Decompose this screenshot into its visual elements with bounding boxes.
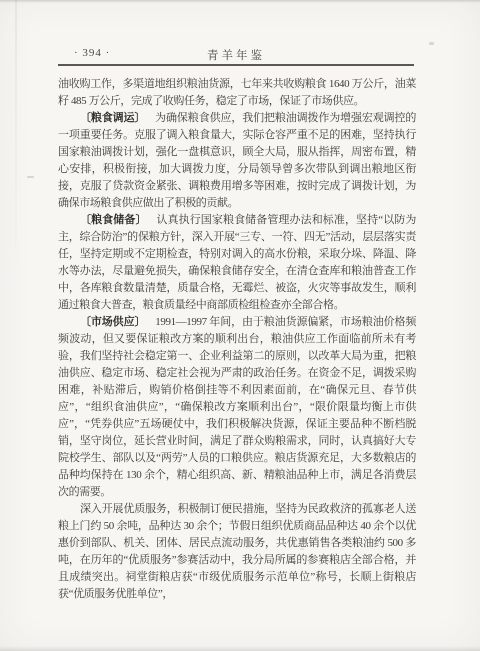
paragraph-text: 油收购工作，多渠道地组织粮油货源，七年来共收购粮食 1640 万公斤，油菜籽 4…	[58, 78, 416, 107]
scan-speck	[27, 176, 34, 178]
paragraph-continuation: 油收购工作，多渠道地组织粮油货源，七年来共收购粮食 1640 万公斤，油菜籽 4…	[58, 76, 416, 110]
page-body: 油收购工作，多渠道地组织粮油货源，七年来共收购粮食 1640 万公斤，油菜籽 4…	[58, 76, 416, 603]
scanned-page: · 394 · 青羊年鉴 油收购工作，多渠道地组织粮油货源，七年来共收购粮食 1…	[0, 0, 480, 651]
section-heading: 〔粮食调运〕	[80, 112, 145, 124]
paragraph-text: 1991—1997 年间，由于粮油货源偏紧，市场粮油价格频频波动，但又要保证粮改…	[58, 316, 416, 498]
paragraph-quality-service: 深入开展优质服务，积极制订便民措施，坚持为民政救济的孤寡老人送粮上门约 50 余…	[58, 501, 416, 603]
paragraph-text: 深入开展优质服务，积极制订便民措施，坚持为民政救济的孤寡老人送粮上门约 50 余…	[58, 503, 416, 600]
paragraph-text: 为确保粮食供应，我们把粮油调拨作为增强宏观调控的一项重要任务。克服了调入粮食量大…	[58, 112, 416, 209]
scan-edge-shadow-bottom	[0, 646, 480, 651]
book-title: 青羊年鉴	[58, 47, 414, 63]
scan-fold-shadow	[15, 0, 17, 300]
header-rule	[58, 64, 414, 66]
paragraph-grain-transport: 〔粮食调运〕为确保粮食供应，我们把粮油调拨作为增强宏观调控的一项重要任务。克服了…	[58, 110, 416, 212]
scan-speck	[429, 42, 434, 45]
scan-edge-shadow-top	[0, 0, 480, 3]
paragraph-grain-reserve: 〔粮食储备〕认真执行国家粮食储备管理办法和标准，坚持“以防为主，综合防治”的保粮…	[58, 212, 416, 314]
section-heading: 〔粮食储备〕	[80, 214, 147, 226]
page-header: · 394 · 青羊年鉴	[58, 47, 414, 62]
paragraph-market-supply: 〔市场供应〕1991—1997 年间，由于粮油货源偏紧，市场粮油价格频频波动，但…	[58, 314, 416, 501]
section-heading: 〔市场供应〕	[80, 316, 145, 328]
paragraph-text: 认真执行国家粮食储备管理办法和标准，坚持“以防为主，综合防治”的保粮方针，深入开…	[58, 214, 416, 311]
